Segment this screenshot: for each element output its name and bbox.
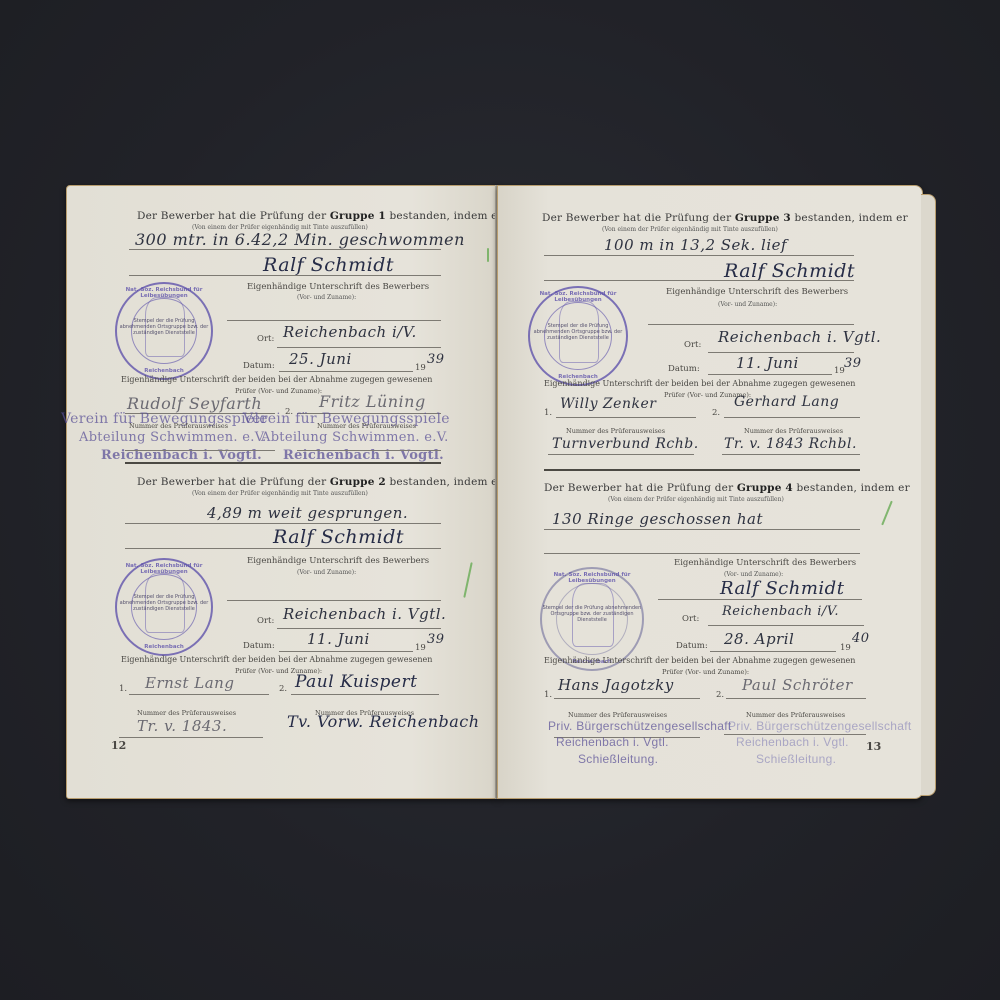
group1-examiner2-signature: Fritz Lüning xyxy=(319,392,426,411)
photo-scene: Der Bewerber hat die Prüfung der Gruppe … xyxy=(0,0,1000,1000)
pencil-check-mark xyxy=(487,248,489,262)
group2-date: 11. Juni xyxy=(307,630,370,648)
group1-official-seal: Nat. Soz. Reichsbund für Leibesübungen S… xyxy=(115,282,213,380)
left-page: Der Bewerber hat die Prüfung der Gruppe … xyxy=(66,185,498,799)
group3-applicant-signature: Ralf Schmidt xyxy=(724,260,855,282)
group2-card2-number: Tv. Vorw. Reichenbach xyxy=(287,712,480,731)
group4-place: Reichenbach i/V. xyxy=(722,604,839,619)
group3-heading: Der Bewerber hat die Prüfung der Gruppe … xyxy=(542,212,908,224)
group4-examiner1-signature: Hans Jagotzky xyxy=(558,676,674,694)
club-stamp-line2-a: Abteilung Schwimmen. e.V. xyxy=(79,430,267,445)
group1-examiners-label: Eigenhändige Unterschrift der beiden bei… xyxy=(121,375,432,384)
group3-official-seal: Nat. Soz. Reichsbund für Leibesübungen S… xyxy=(528,286,628,386)
group3-date: 11. Juni xyxy=(736,354,799,372)
page-number-left: 12 xyxy=(111,739,126,752)
group1-applicant-sig-label: Eigenhändige Unterschrift des Bewerbers xyxy=(247,282,429,292)
shooting-stamp-line2-b: Reichenbach i. Vgtl. xyxy=(736,735,849,749)
group2-achievement: 4,89 m weit gesprungen. xyxy=(207,504,408,522)
group1-year: 39 xyxy=(427,352,445,367)
group4-year: 40 xyxy=(852,631,870,646)
shooting-stamp-line3-a: Schießleitung. xyxy=(578,752,658,766)
group4-examiner2-signature: Paul Schröter xyxy=(742,676,853,694)
group3-examiner2-signature: Gerhard Lang xyxy=(734,394,839,410)
group2-year: 39 xyxy=(427,632,445,647)
shooting-stamp-line1-a: Priv. Bürgerschützengesellschaft xyxy=(548,719,731,733)
shooting-stamp-line1-b: Priv. Bürgerschützengesellschaft xyxy=(728,719,911,733)
group3-place: Reichenbach i. Vgtl. xyxy=(718,328,881,346)
group1-heading: Der Bewerber hat die Prüfung der Gruppe … xyxy=(137,210,503,222)
page-number-right: 13 xyxy=(866,740,881,753)
group4-achievement: 130 Ringe geschossen hat xyxy=(552,510,763,528)
group4-date: 28. April xyxy=(724,630,794,648)
shooting-stamp-line3-b: Schießleitung. xyxy=(756,752,836,766)
group1-place: Reichenbach i/V. xyxy=(283,323,417,341)
group4-applicant-signature: Ralf Schmidt xyxy=(720,578,844,599)
group2-examiner2-signature: Paul Kuispert xyxy=(295,672,417,692)
group2-card1-number: Tr. v. 1843. xyxy=(137,717,227,735)
group1-date: 25. Juni xyxy=(289,350,352,368)
group2-applicant-signature: Ralf Schmidt xyxy=(273,526,404,548)
group1-achievement: 300 mtr. in 6.42,2 Min. geschwommen xyxy=(135,230,465,249)
group3-examiner1-signature: Willy Zenker xyxy=(560,396,656,412)
group3-card2-number: Tr. v. 1843 Rchbl. xyxy=(724,436,857,452)
group4-heading: Der Bewerber hat die Prüfung der Gruppe … xyxy=(544,482,910,494)
group2-heading: Der Bewerber hat die Prüfung der Gruppe … xyxy=(137,476,503,488)
group3-card1-number: Turnverbund Rchb. xyxy=(552,436,699,452)
group3-achievement: 100 m in 13,2 Sek. lief xyxy=(604,236,787,254)
club-stamp-line2-b: Abteilung Schwimmen. e.V. xyxy=(261,430,449,445)
group3-year: 39 xyxy=(844,356,862,371)
group2-place: Reichenbach i. Vgtl. xyxy=(283,605,446,623)
group2-official-seal: Nat. Soz. Reichsbund für Leibesübungen S… xyxy=(115,558,213,656)
right-page: Der Bewerber hat die Prüfung der Gruppe … xyxy=(497,185,923,799)
group2-examiner1-signature: Ernst Lang xyxy=(145,674,234,692)
shooting-stamp-line2-a: Reichenbach i. Vgtl. xyxy=(556,735,669,749)
group1-applicant-signature: Ralf Schmidt xyxy=(263,254,394,276)
